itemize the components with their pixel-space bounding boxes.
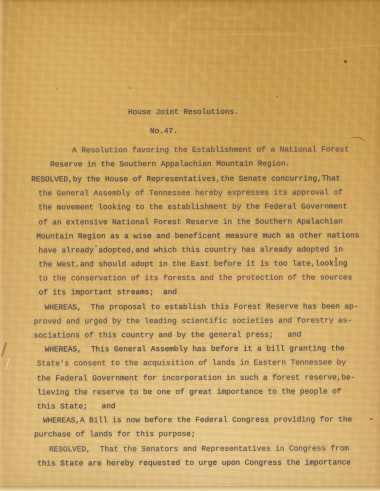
resolution-number: No.47.	[150, 128, 178, 136]
text-line: RESOLVED,by the House of Representatives…	[31, 174, 340, 185]
text-line: the General Assembly of Tennessee hereby…	[38, 188, 343, 199]
text-line: have already adopted,and which this coun…	[38, 245, 343, 256]
document-title: House Joint Resolutions.	[128, 109, 239, 117]
text-line: Reserve in the Southern Appalachian Moun…	[50, 160, 290, 171]
text-line: WHEREAS, The proposal to establish this …	[45, 302, 359, 313]
text-line: lieving the reserve to be one of great i…	[37, 387, 342, 398]
text-line: the movement looking to the establishmen…	[38, 202, 347, 213]
text-line: Mountain Region as a wise and beneficent…	[36, 231, 359, 242]
text-line: to the conservation of its forests and t…	[39, 273, 353, 284]
text-line: this State are hereby requested to urge …	[37, 458, 351, 469]
text-line: of its important streams; and	[39, 288, 177, 298]
text-line: sociations of this country and by the ge…	[34, 331, 302, 342]
text-line: purchase of lands for this purpose;	[34, 430, 196, 441]
text-line: WHEREAS,A Bill is now before the Federal…	[43, 415, 352, 426]
text-line: State's consent to the acquisition of la…	[37, 358, 346, 369]
text-line: this State; and	[37, 402, 115, 412]
text-line: proved and urged by the leading scientif…	[34, 316, 352, 327]
scanned-document-page: House Joint Resolutions. No.47. A Resolu…	[0, 0, 380, 491]
text-line: the West,and should adopt in the East be…	[38, 259, 347, 270]
text-line: the Federal Government for incorporation…	[37, 373, 355, 384]
text-line: RESOLVED, That the Senators and Represen…	[49, 444, 349, 455]
text-line: A Resolution favoring the Establishment …	[72, 145, 349, 156]
typewritten-text-layer: House Joint Resolutions. No.47. A Resolu…	[0, 0, 380, 491]
text-line: of an extensive National Forest Reserve …	[38, 217, 343, 228]
text-line: WHEREAS, This General Assembly has befor…	[45, 344, 345, 355]
